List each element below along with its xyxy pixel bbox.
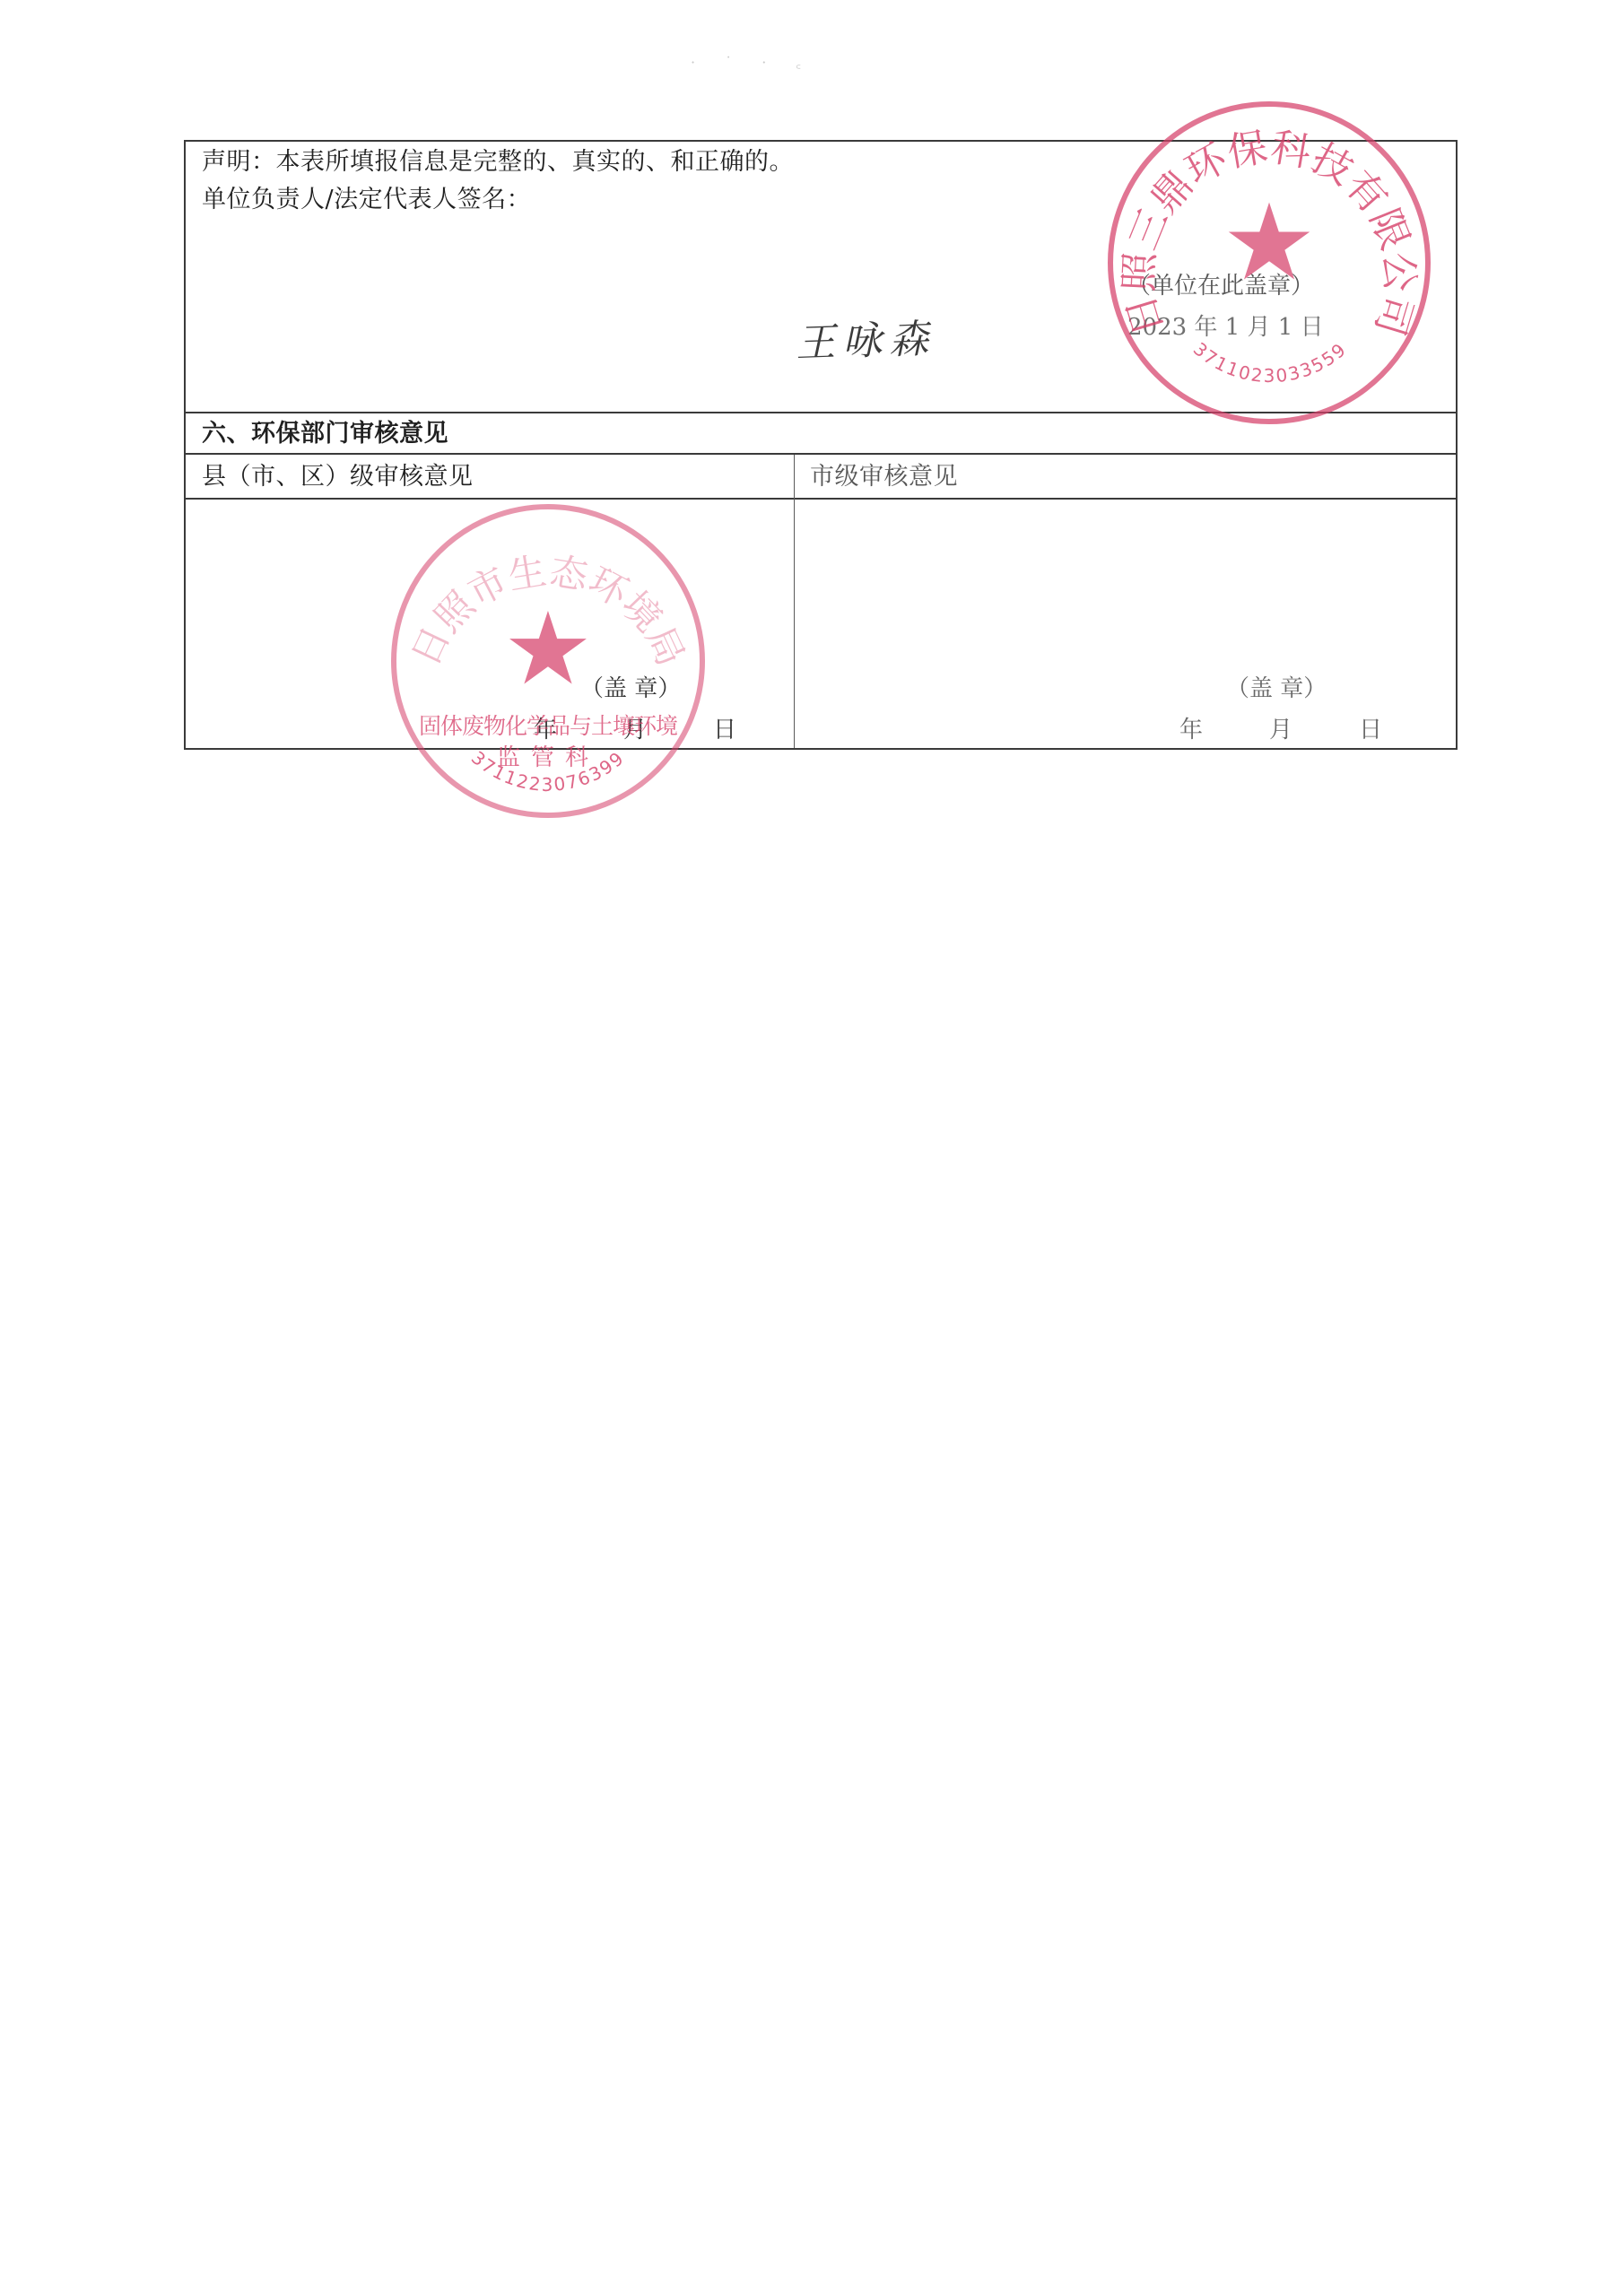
scanned-form-page: · ˙ · ꜀ 声明：本表所填报信息是完整的、真实的、和正确的。 单位负责人/法…: [0, 0, 1610, 2296]
county-date-day: 日: [713, 711, 736, 744]
svg-text:3711223076399: 3711223076399: [467, 747, 629, 796]
county-level-header: 县（市、区）级审核意见: [202, 462, 474, 492]
company-stamp-note: （单位在此盖章）: [1127, 267, 1314, 300]
city-date-day: 日: [1359, 711, 1382, 744]
declaration-date: 2023 年 1 月 1 日: [1127, 309, 1324, 342]
review-opinions-row: （盖 章） 年月日 （盖 章） 年月日: [186, 500, 1456, 748]
city-level-header: 市级审核意见: [810, 462, 958, 492]
scan-artifacts: · ˙ · ꜀: [691, 52, 814, 72]
column-divider: [794, 455, 795, 748]
declaration-row: 声明：本表所填报信息是完整的、真实的、和正确的。 单位负责人/法定代表人签名： …: [186, 142, 1456, 413]
city-seal-label: （盖 章）: [1226, 670, 1327, 703]
bureau-seal-code: 3711223076399: [467, 747, 629, 796]
review-section-title: 六、环保部门审核意见: [202, 419, 448, 449]
county-review-date: 年月日: [534, 711, 736, 744]
handwritten-signature: 王咏森: [795, 306, 936, 368]
city-date-year: 年: [1179, 711, 1203, 744]
county-date-year: 年: [534, 711, 557, 744]
signatory-label: 单位负责人/法定代表人签名：: [202, 185, 531, 215]
review-section-title-row: 六、环保部门审核意见: [186, 413, 1456, 455]
county-seal-label: （盖 章）: [580, 670, 681, 703]
review-subheaders-row: 县（市、区）级审核意见 市级审核意见: [186, 455, 1456, 500]
review-form-table: 声明：本表所填报信息是完整的、真实的、和正确的。 单位负责人/法定代表人签名： …: [184, 140, 1458, 750]
declaration-statement: 声明：本表所填报信息是完整的、真实的、和正确的。: [202, 147, 794, 178]
city-date-month: 月: [1269, 711, 1292, 744]
city-review-date: 年月日: [1179, 711, 1382, 744]
county-date-month: 月: [623, 711, 647, 744]
